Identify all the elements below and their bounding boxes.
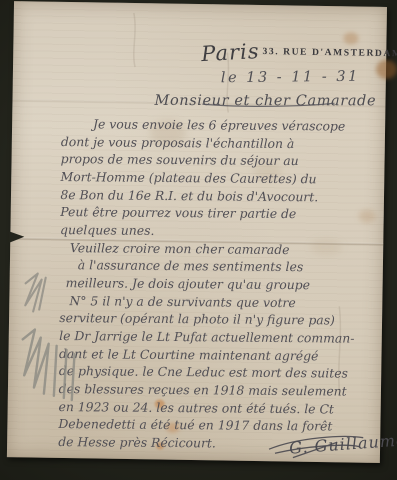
body-line: des blessures reçues en 1918 mais seulem… (59, 380, 389, 401)
body-line: quelques unes. (60, 221, 390, 242)
pencil-scribble-icon (25, 273, 46, 311)
body-line: le Dr Jarrige le Lt Pufat actuellement c… (59, 327, 389, 348)
letter-paper-sheet: Paris33. RUE D'AMSTERDAMVIII le 13 - 11 … (7, 1, 387, 463)
handwritten-date: le 13 - 11 - 31 (221, 69, 360, 86)
scanned-letter-photo: Paris33. RUE D'AMSTERDAMVIII le 13 - 11 … (0, 0, 397, 480)
edge-tear-notch (8, 231, 24, 243)
letterhead: Paris33. RUE D'AMSTERDAMVIII (201, 40, 397, 68)
letterhead-city-script: Paris (201, 39, 260, 66)
letterhead-address-print: 33. RUE D'AMSTERDAM (262, 47, 397, 59)
body-line: meilleurs. Je dois ajouter qu'au groupe (60, 274, 390, 295)
letter-body: Je vous envoie les 6 épreuves vérascope … (58, 115, 391, 453)
salutation: Monsieur et cher Camarade (154, 93, 376, 109)
